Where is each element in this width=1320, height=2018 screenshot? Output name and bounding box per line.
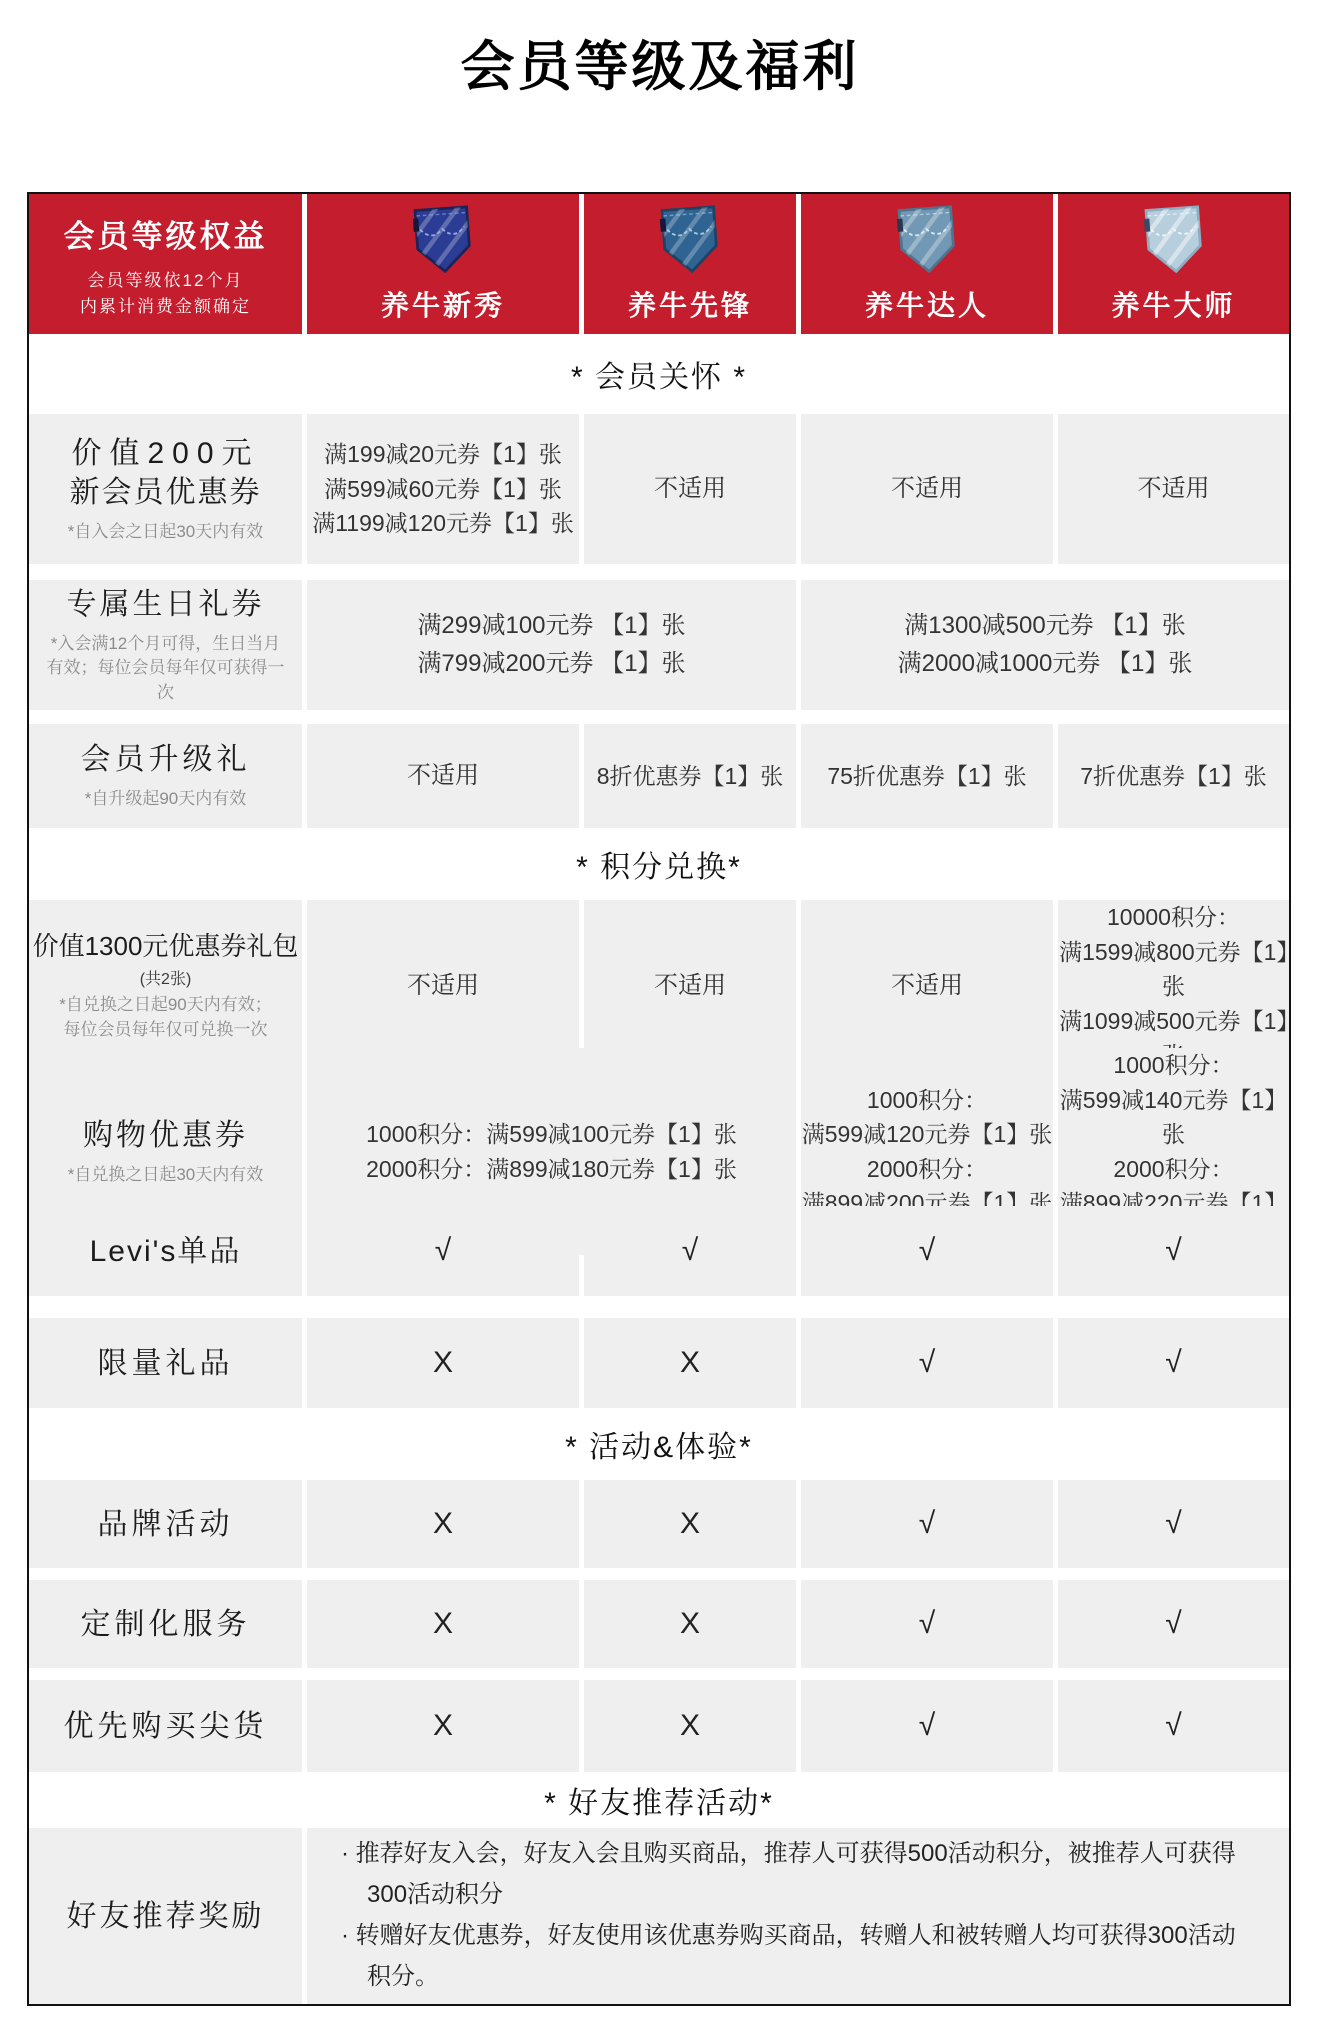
check-mark: √ xyxy=(1165,1709,1181,1743)
points-line: 1000积分： xyxy=(1113,1048,1233,1083)
value-cell-master: √ xyxy=(1058,1318,1289,1408)
tier-column-rookie: 养牛新秀 xyxy=(307,194,579,334)
check-mark: √ xyxy=(682,1234,698,1268)
section-header-points-redeem: * 积分兑换* xyxy=(29,828,1289,900)
value-cell-rookie-pioneer: 满299减100元券 【1】张 满799减200元券 【1】张 xyxy=(307,580,796,710)
referral-rule-2: · 转赠好友优惠券，好友使用该优惠券购买商品，转赠人和被转赠人均可获得300活动… xyxy=(341,1916,1255,1998)
check-mark: √ xyxy=(919,1607,935,1641)
coupon-line: 满599减120元券【1】张 xyxy=(802,1117,1053,1152)
section-header-friend-referral: * 好友推荐活动* xyxy=(29,1772,1289,1828)
row-label: 优先购买尖货 xyxy=(64,1707,268,1746)
row-coupon-pack: 价值1300元优惠券礼包 (共2张) *自兑换之日起90天内有效； 每位会员每年… xyxy=(29,900,1289,1034)
value-cell-pioneer: X xyxy=(584,1318,796,1408)
row-birthday-coupon: 专属生日礼券 *入会满12个月可得，生日当月有效；每位会员每年仅可获得一次 满2… xyxy=(29,580,1289,710)
value-cell-expert-master: 满1300减500元券 【1】张 满2000减1000元券 【1】张 xyxy=(801,580,1289,710)
header-label-subtitle: 会员等级依12个月 内累计消费金额确定 xyxy=(80,268,251,319)
row-label: 限量礼品 xyxy=(98,1344,234,1383)
tier-name-master: 养牛大师 xyxy=(1111,284,1235,324)
row-label: 品牌活动 xyxy=(98,1505,234,1544)
value-cell-expert: √ xyxy=(801,1318,1053,1408)
denim-pocket-icon xyxy=(1140,202,1207,278)
value-cell-pioneer: 不适用 xyxy=(584,900,796,1073)
points-line: 1000积分： xyxy=(867,1083,987,1118)
row-label-note: *自兑换之日起90天内有效； 每位会员每年仅可兑换一次 xyxy=(43,993,288,1042)
check-mark: √ xyxy=(435,1234,451,1268)
value-cell-rookie: X xyxy=(307,1580,579,1668)
cross-mark: X xyxy=(433,1346,453,1380)
not-applicable: 不适用 xyxy=(891,470,963,508)
check-mark: √ xyxy=(919,1346,935,1380)
cross-mark: X xyxy=(680,1607,700,1641)
check-mark: √ xyxy=(919,1234,935,1268)
row-label-cell: Levi's单品 xyxy=(29,1206,302,1296)
row-limited-gift: 限量礼品 X X √ √ xyxy=(29,1318,1289,1408)
denim-pocket-icon xyxy=(894,202,961,278)
section-header-events-experience: * 活动&体验* xyxy=(29,1408,1289,1480)
coupon-line: 满2000减1000元券 【1】张 xyxy=(898,645,1193,683)
value-cell-pioneer: 8折优惠券【1】张 xyxy=(584,724,796,828)
value-cell-master: √ xyxy=(1058,1580,1289,1668)
coupon-line: 满299减100元券 【1】张 xyxy=(417,607,685,645)
row-label-note-line2: 每位会员每年仅可兑换一次 xyxy=(59,1018,272,1043)
row-label-cell: 定制化服务 xyxy=(29,1580,302,1668)
row-label-cell: 价值1300元优惠券礼包 (共2张) *自兑换之日起90天内有效； 每位会员每年… xyxy=(29,900,302,1073)
check-mark: √ xyxy=(1165,1607,1181,1641)
value-cell-expert: √ xyxy=(801,1206,1053,1296)
value-cell-rookie: X xyxy=(307,1318,579,1408)
coupon-line: 7折优惠券【1】张 xyxy=(1080,759,1267,794)
not-applicable: 不适用 xyxy=(891,967,963,1005)
row-label: 专属生日礼券 xyxy=(67,585,265,624)
row-label: 会员升级礼 xyxy=(81,740,251,779)
row-label-note: *自入会之日起30天内有效 xyxy=(52,520,280,545)
cross-mark: X xyxy=(433,1607,453,1641)
denim-pocket-icon xyxy=(410,202,477,278)
section-header-member-care: * 会员关怀 * xyxy=(29,334,1289,414)
points-line: 2000积分： xyxy=(867,1152,987,1187)
row-label-cell: 优先购买尖货 xyxy=(29,1680,302,1772)
tier-name-rookie: 养牛新秀 xyxy=(381,284,505,324)
coupon-line: 满1599减800元券【1】张 xyxy=(1058,935,1289,1004)
row-levis-item: Levi's单品 √ √ √ √ xyxy=(29,1206,1289,1296)
value-cell-master: √ xyxy=(1058,1480,1289,1568)
row-new-member-coupon: 价值200元 新会员优惠券 *自入会之日起30天内有效 满199减20元券【1】… xyxy=(29,414,1289,564)
value-cell-master: 10000积分： 满1599减800元券【1】张 满1099减500元券【1】张 xyxy=(1058,900,1289,1073)
value-cell-pioneer: 不适用 xyxy=(584,414,796,564)
header-label-cell: 会员等级权益 会员等级依12个月 内累计消费金额确定 xyxy=(29,194,302,334)
tier-name-expert: 养牛达人 xyxy=(865,284,989,324)
row-label: 购物优惠券 xyxy=(83,1116,248,1155)
value-cell-pioneer: X xyxy=(584,1480,796,1568)
coupon-line: 满1199减120元券【1】张 xyxy=(312,506,574,541)
row-label-sub: (共2张) xyxy=(140,966,192,989)
row-label: 好友推荐奖励 xyxy=(67,1897,265,1936)
value-cell-pioneer: √ xyxy=(584,1206,796,1296)
value-cell-rookie: 不适用 xyxy=(307,900,579,1073)
row-custom-service: 定制化服务 X X √ √ xyxy=(29,1580,1289,1668)
cross-mark: X xyxy=(433,1507,453,1541)
denim-pocket-icon xyxy=(657,202,724,278)
row-brand-events: 品牌活动 X X √ √ xyxy=(29,1480,1289,1568)
value-cell-rookie: X xyxy=(307,1480,579,1568)
coupon-line: 满1300减500元券 【1】张 xyxy=(904,607,1185,645)
coupon-line: 满799减200元券 【1】张 xyxy=(417,645,685,683)
check-mark: √ xyxy=(1165,1346,1181,1380)
not-applicable: 不适用 xyxy=(1138,470,1210,508)
row-shopping-coupon: 购物优惠券 *自兑换之日起30天内有效 1000积分：满599减100元券【1】… xyxy=(29,1048,1289,1192)
coupon-line: 1000积分：满599减100元券【1】张 xyxy=(366,1117,737,1152)
cross-mark: X xyxy=(680,1346,700,1380)
value-cell-expert: 75折优惠券【1】张 xyxy=(801,724,1053,828)
value-cell-rookie: √ xyxy=(307,1206,579,1296)
row-label: 价值200元 xyxy=(71,434,259,473)
check-mark: √ xyxy=(919,1507,935,1541)
row-label: 价值1300元优惠券礼包 xyxy=(33,930,299,964)
row-label-note: *入会满12个月可得，生日当月有效；每位会员每年仅可获得一次 xyxy=(29,632,302,706)
check-mark: √ xyxy=(919,1709,935,1743)
cross-mark: X xyxy=(433,1709,453,1743)
value-cell-expert: 不适用 xyxy=(801,414,1053,564)
tier-column-master: 养牛大师 xyxy=(1058,194,1289,334)
table-header-row: 会员等级权益 会员等级依12个月 内累计消费金额确定 养牛新秀 xyxy=(29,194,1289,334)
check-mark: √ xyxy=(1165,1234,1181,1268)
value-cell-expert: √ xyxy=(801,1680,1053,1772)
row-label-note: *自兑换之日起30天内有效 xyxy=(52,1163,280,1188)
not-applicable: 不适用 xyxy=(654,470,726,508)
row-label-cell: 专属生日礼券 *入会满12个月可得，生日当月有效；每位会员每年仅可获得一次 xyxy=(29,580,302,710)
tier-name-pioneer: 养牛先锋 xyxy=(628,284,752,324)
value-cell-master: 不适用 xyxy=(1058,414,1289,564)
check-mark: √ xyxy=(1165,1507,1181,1541)
points-line: 10000积分： xyxy=(1107,900,1240,935)
row-label-cell: 会员升级礼 *自升级起90天内有效 xyxy=(29,724,302,828)
row-referral-reward: 好友推荐奖励 · 推荐好友入会，好友入会且购买商品，推荐人可获得500活动积分，… xyxy=(29,1828,1289,2004)
header-label-title: 会员等级权益 xyxy=(64,211,268,256)
coupon-line: 满599减140元券【1】张 xyxy=(1058,1083,1289,1152)
value-cell-pioneer: X xyxy=(584,1580,796,1668)
header-label-subtitle-line2: 内累计消费金额确定 xyxy=(80,294,251,320)
value-cell-all-tiers: · 推荐好友入会，好友入会且购买商品，推荐人可获得500活动积分，被推荐人可获得… xyxy=(307,1828,1289,2004)
row-label-cell: 好友推荐奖励 xyxy=(29,1828,302,2004)
membership-benefit-table: 会员等级权益 会员等级依12个月 内累计消费金额确定 养牛新秀 xyxy=(27,192,1291,2006)
value-cell-master: 7折优惠券【1】张 xyxy=(1058,724,1289,828)
row-label-cell: 限量礼品 xyxy=(29,1318,302,1408)
value-cell-expert: √ xyxy=(801,1480,1053,1568)
coupon-line: 75折优惠券【1】张 xyxy=(827,759,1026,794)
not-applicable: 不适用 xyxy=(407,967,479,1005)
page-title: 会员等级及福利 xyxy=(0,0,1320,101)
not-applicable: 不适用 xyxy=(407,757,479,795)
row-priority-access: 优先购买尖货 X X √ √ xyxy=(29,1680,1289,1772)
not-applicable: 不适用 xyxy=(654,967,726,1005)
row-label-note-line1: *自兑换之日起90天内有效； xyxy=(59,993,272,1018)
coupon-line: 满599减60元券【1】张 xyxy=(324,472,562,507)
row-label-cell: 价值200元 新会员优惠券 *自入会之日起30天内有效 xyxy=(29,414,302,564)
value-cell-rookie: 不适用 xyxy=(307,724,579,828)
cross-mark: X xyxy=(680,1709,700,1743)
coupon-line: 8折优惠券【1】张 xyxy=(597,759,784,794)
value-cell-rookie: 满199减20元券【1】张 满599减60元券【1】张 满1199减120元券【… xyxy=(307,414,579,564)
row-label-line2: 新会员优惠券 xyxy=(70,473,262,512)
tier-column-pioneer: 养牛先锋 xyxy=(584,194,796,334)
row-label: 定制化服务 xyxy=(81,1605,251,1644)
value-cell-expert: √ xyxy=(801,1580,1053,1668)
header-label-subtitle-line1: 会员等级依12个月 xyxy=(80,268,251,294)
referral-rule-1: · 推荐好友入会，好友入会且购买商品，推荐人可获得500活动积分，被推荐人可获得… xyxy=(341,1834,1255,1916)
points-line: 2000积分： xyxy=(1113,1152,1233,1187)
row-label-note: *自升级起90天内有效 xyxy=(69,787,263,812)
coupon-line: 满199减20元券【1】张 xyxy=(324,437,562,472)
row-label: Levi's单品 xyxy=(90,1232,242,1271)
value-cell-pioneer: X xyxy=(584,1680,796,1772)
cross-mark: X xyxy=(680,1507,700,1541)
value-cell-expert: 不适用 xyxy=(801,900,1053,1073)
row-upgrade-gift: 会员升级礼 *自升级起90天内有效 不适用 8折优惠券【1】张 75折优惠券【1… xyxy=(29,724,1289,828)
value-cell-rookie: X xyxy=(307,1680,579,1772)
value-cell-master: √ xyxy=(1058,1680,1289,1772)
row-label-cell: 品牌活动 xyxy=(29,1480,302,1568)
coupon-line: 2000积分：满899减180元券【1】张 xyxy=(366,1152,737,1187)
tier-column-expert: 养牛达人 xyxy=(801,194,1053,334)
value-cell-master: √ xyxy=(1058,1206,1289,1296)
